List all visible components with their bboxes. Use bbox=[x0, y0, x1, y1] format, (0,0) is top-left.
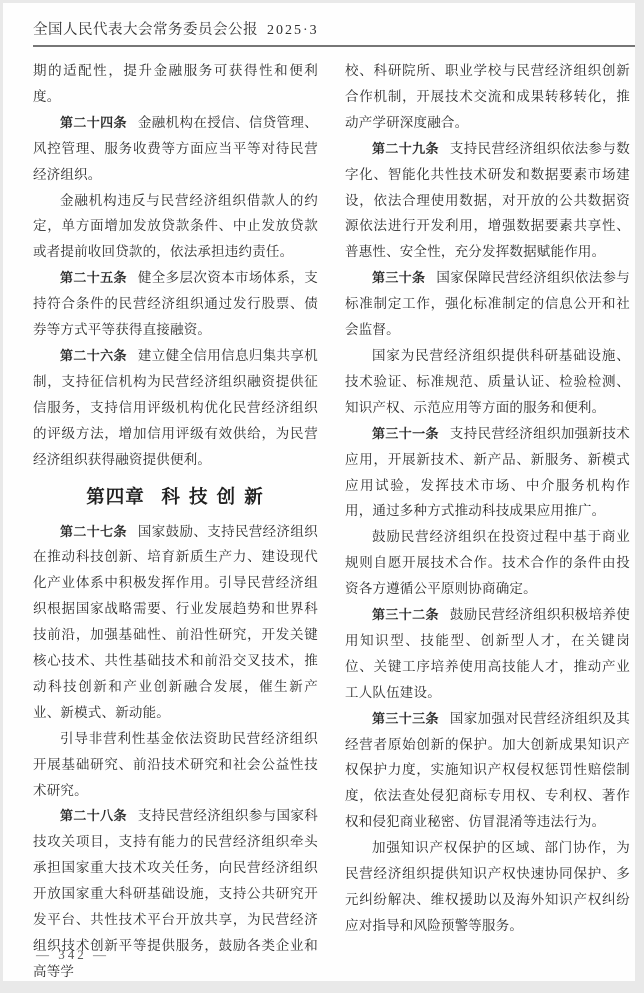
article-number: 第三十条 bbox=[372, 270, 425, 285]
paragraph-text: 鼓励民营经济组织在投资过程中基于商业规则自愿开展技术合作。技术合作的条件由投资各… bbox=[345, 529, 630, 596]
chapter-title: 科 技 创 新 bbox=[161, 486, 264, 507]
paragraph-text: 金融机构违反与民营经济组织借款人的约定，单方面增加发放贷款条件、中止发放贷款或者… bbox=[33, 193, 318, 260]
paragraph-text: 期的适配性，提升金融服务可获得性和便利度。 bbox=[33, 63, 318, 104]
article-paragraph: 第三十条国家保障民营经济组织依法参与标准制定工作，强化标准制定的信息公开和社会监… bbox=[345, 265, 630, 343]
paragraph-text: 国家鼓励、支持民营经济组织在推动科技创新、培育新质生产力、建设现代化产业体系中积… bbox=[33, 524, 318, 720]
article-number: 第二十六条 bbox=[60, 348, 127, 363]
document-page: 全国人民代表大会常务委员会公报2025·3 期的适配性，提升金融服务可获得性和便… bbox=[3, 3, 635, 981]
paragraph-text: 引导非营利性基金依法资助民营经济组织开展基础研究、前沿技术研究和社会公益性技术研… bbox=[33, 731, 318, 798]
article-number: 第二十七条 bbox=[60, 524, 127, 539]
article-number: 第二十四条 bbox=[60, 115, 127, 130]
left-column: 期的适配性，提升金融服务可获得性和便利度。 第二十四条金融机构在授信、信贷管理、… bbox=[33, 58, 318, 985]
paragraph: 加强知识产权保护的区域、部门协作，为民营经济组织提供知识产权快速协同保护、多元纠… bbox=[345, 835, 630, 939]
article-paragraph: 第二十五条健全多层次资本市场体系，支持符合条件的民营经济组织通过发行股票、债券等… bbox=[33, 265, 318, 343]
paragraph-text: 建立健全信用信息归集共享机制，支持征信机构为民营经济组织融资提供征信服务，支持信… bbox=[33, 348, 318, 467]
paragraph-continuation: 校、科研院所、职业学校与民营经济组织创新合作机制，开展技术交流和成果转移转化，推… bbox=[345, 58, 630, 136]
gazette-title: 全国人民代表大会常务委员会公报 bbox=[33, 22, 258, 38]
article-number: 第二十五条 bbox=[60, 270, 127, 285]
paragraph-text: 国家加强对民营经济组织及其经营者原始创新的保护。加大创新成果知识产权保护力度，实… bbox=[345, 711, 630, 830]
text-columns: 期的适配性，提升金融服务可获得性和便利度。 第二十四条金融机构在授信、信贷管理、… bbox=[33, 58, 635, 985]
article-paragraph: 第二十七条国家鼓励、支持民营经济组织在推动科技创新、培育新质生产力、建设现代化产… bbox=[33, 519, 318, 726]
paragraph-text: 加强知识产权保护的区域、部门协作，为民营经济组织提供知识产权快速协同保护、多元纠… bbox=[345, 840, 630, 933]
paragraph: 国家为民营经济组织提供科研基础设施、技术验证、标准规范、质量认证、检验检测、知识… bbox=[345, 343, 630, 421]
gazette-header: 全国人民代表大会常务委员会公报2025·3 bbox=[33, 18, 635, 39]
article-paragraph: 第二十九条支持民营经济组织依法参与数字化、智能化共性技术研发和数据要素市场建设，… bbox=[345, 136, 630, 266]
article-number: 第二十九条 bbox=[372, 141, 439, 156]
paragraph: 引导非营利性基金依法资助民营经济组织开展基础研究、前沿技术研究和社会公益性技术研… bbox=[33, 726, 318, 804]
article-paragraph: 第三十一条支持民营经济组织加强新技术应用，开展新技术、新产品、新服务、新模式应用… bbox=[345, 421, 630, 525]
article-number: 第三十二条 bbox=[372, 607, 439, 622]
paragraph-text: 校、科研院所、职业学校与民营经济组织创新合作机制，开展技术交流和成果转移转化，推… bbox=[345, 63, 630, 130]
article-number: 第三十三条 bbox=[372, 711, 439, 726]
article-paragraph: 第三十二条鼓励民营经济组织积极培养使用知识型、技能型、创新型人才，在关键岗位、关… bbox=[345, 602, 630, 706]
chapter-number: 第四章 bbox=[86, 486, 145, 507]
paragraph: 鼓励民营经济组织在投资过程中基于商业规则自愿开展技术合作。技术合作的条件由投资各… bbox=[345, 524, 630, 602]
page-number: — 342 — bbox=[36, 947, 109, 963]
header-divider bbox=[33, 45, 635, 47]
article-number: 第三十一条 bbox=[372, 426, 439, 441]
paragraph-continuation: 期的适配性，提升金融服务可获得性和便利度。 bbox=[33, 58, 318, 110]
article-number: 第二十八条 bbox=[60, 808, 127, 823]
gazette-issue: 2025·3 bbox=[267, 23, 319, 38]
paragraph-text: 支持民营经济组织依法参与数字化、智能化共性技术研发和数据要素市场建设，依法合理使… bbox=[345, 141, 630, 260]
chapter-heading: 第四章科 技 创 新 bbox=[33, 483, 318, 511]
paragraph-text: 国家为民营经济组织提供科研基础设施、技术验证、标准规范、质量认证、检验检测、知识… bbox=[345, 348, 630, 415]
article-paragraph: 第二十四条金融机构在授信、信贷管理、风控管理、服务收费等方面应当平等对待民营经济… bbox=[33, 110, 318, 188]
paragraph: 金融机构违反与民营经济组织借款人的约定，单方面增加发放贷款条件、中止发放贷款或者… bbox=[33, 188, 318, 266]
article-paragraph: 第三十三条国家加强对民营经济组织及其经营者原始创新的保护。加大创新成果知识产权保… bbox=[345, 706, 630, 836]
article-paragraph: 第二十六条建立健全信用信息归集共享机制，支持征信机构为民营经济组织融资提供征信服… bbox=[33, 343, 318, 473]
right-column: 校、科研院所、职业学校与民营经济组织创新合作机制，开展技术交流和成果转移转化，推… bbox=[345, 58, 630, 985]
